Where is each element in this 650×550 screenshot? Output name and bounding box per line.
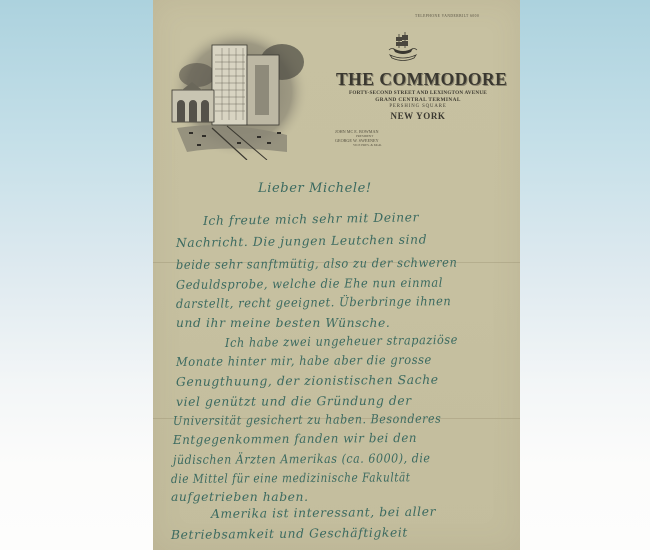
ship-crest-icon: [385, 28, 421, 64]
hotel-illustration-icon: [167, 20, 317, 160]
letter-line: Amerika ist interessant, bei aller: [211, 505, 436, 521]
letter-line: Entgegenkommen fanden wir bei den: [173, 431, 417, 447]
letter-line: jüdischen Ärzten Amerikas (ca. 6000), di…: [173, 451, 431, 467]
salutation: Lieber Michele!: [258, 181, 372, 196]
letter-line: und ihr meine besten Wünsche.: [176, 316, 390, 330]
letter-line: Genugthuung, der zionistischen Sache: [176, 373, 439, 389]
city: NEW YORK: [323, 111, 513, 121]
address-line-2: Grand Central Terminal: [323, 97, 513, 103]
telephone-line: Telephone Vanderbilt 6000: [415, 14, 479, 18]
letter-line: Ich freute mich sehr mit Deiner: [203, 210, 419, 228]
letter-line: viel genützt und die Gründung der: [176, 394, 412, 409]
letter-line: Monate hinter mir, habe aber die grosse: [176, 353, 432, 369]
letter-line: Betriebsamkeit und Geschäftigkeit: [171, 526, 408, 542]
letter-line: darstellt, recht geeignet. Überbringe ih…: [176, 294, 451, 311]
letter-line: Universität gesichert zu haben. Besonder…: [173, 412, 441, 428]
letter-page: Telephone Vanderbilt 6000: [153, 0, 520, 550]
address-line-1: Forty-Second Street and Lexington Avenue: [323, 90, 513, 96]
address-line-3: Pershing Square: [323, 104, 513, 109]
letter-line: Nachricht. Die jungen Leutchen sind: [176, 232, 427, 250]
letter-line: aufgetrieben haben.: [171, 490, 309, 504]
letter-line: Ich habe zwei ungeheuer strapaziöse: [225, 333, 458, 350]
letter-line: die Mittel für eine medizinische Fakultä…: [171, 470, 411, 486]
letter-line: beide sehr sanftmütig, also zu der schwe…: [176, 256, 457, 272]
hotel-name: THE COMMODORE: [336, 69, 501, 90]
officer-title: Vice Pres. & Mgr.: [353, 143, 382, 147]
letter-line: Geduldsprobe, welche die Ehe nun einmal: [176, 276, 443, 292]
